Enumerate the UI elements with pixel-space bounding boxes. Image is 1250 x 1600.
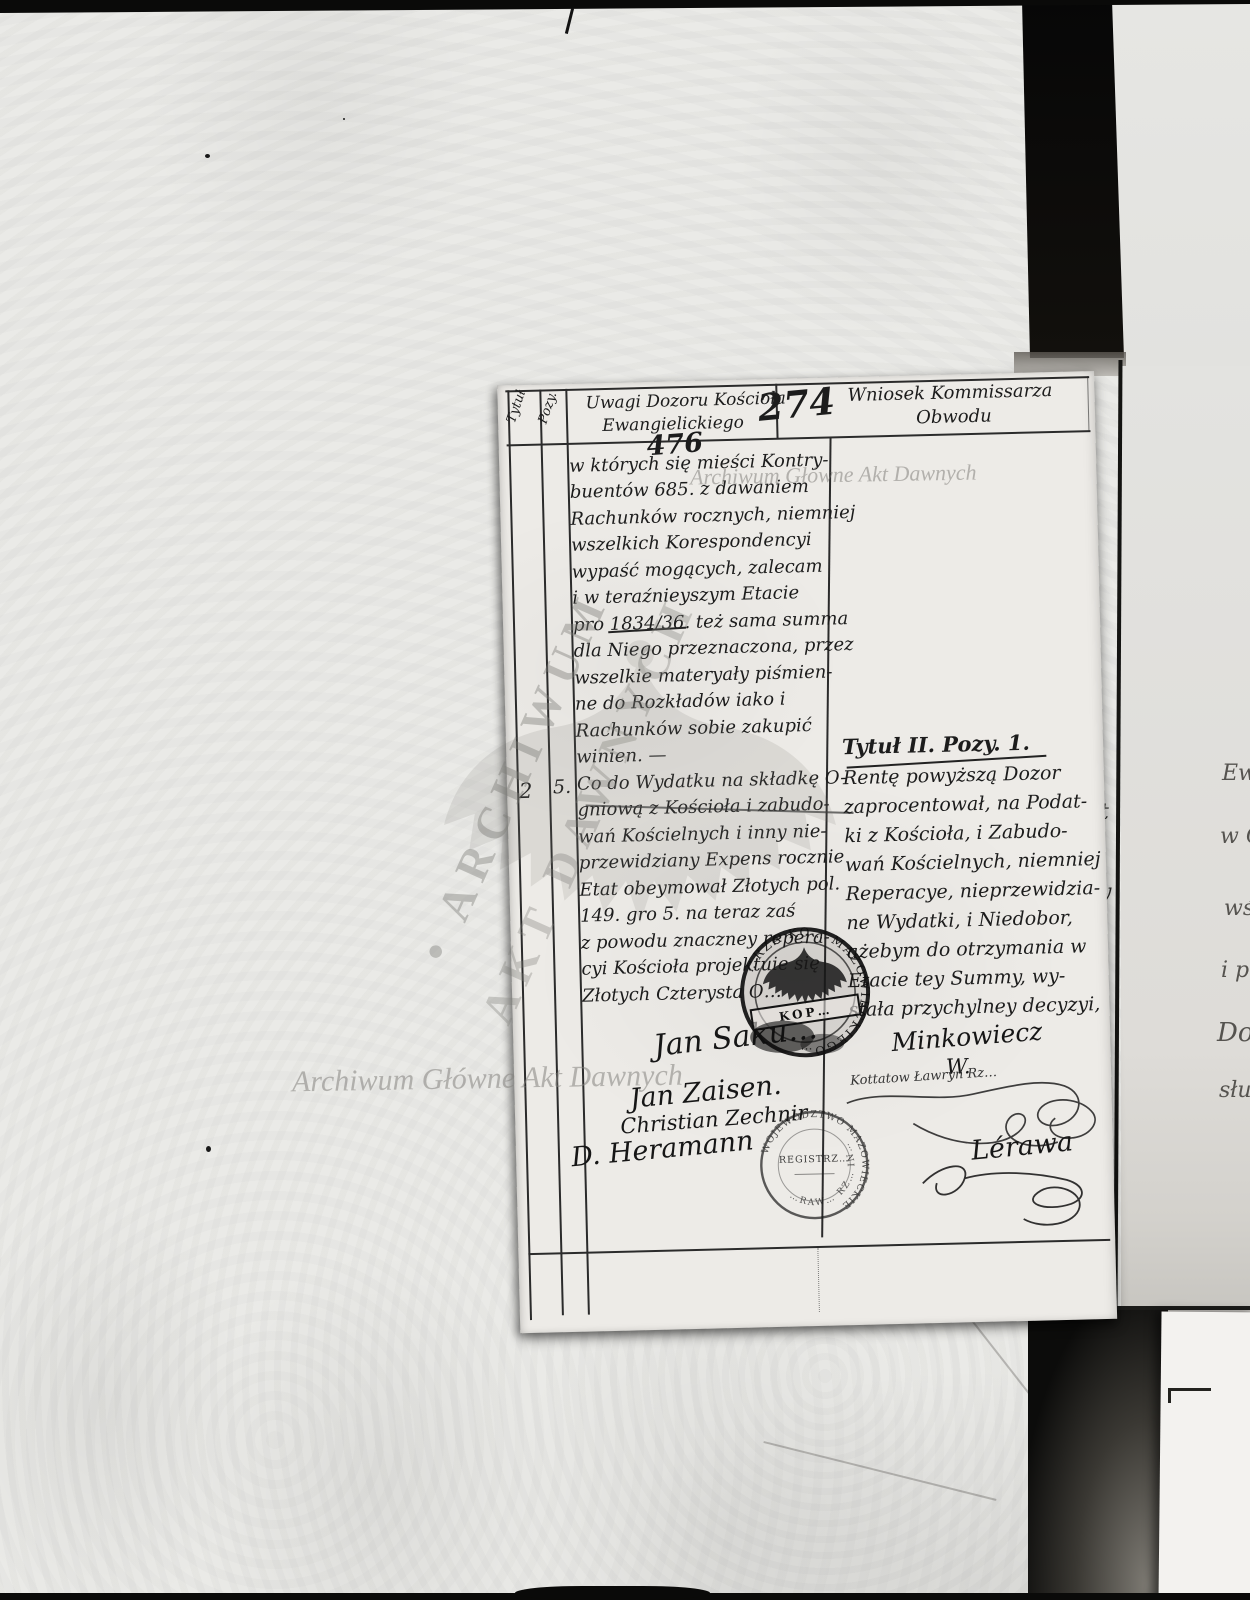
manuscript-line: Co do Wydatku na składkę O- (577, 769, 847, 794)
official-seal-upper: …RZA KO… MAZOWIECKIEGO… KOP… (723, 910, 887, 1074)
adjacent-page: Ew w C wś i p Do słu (1121, 366, 1250, 1314)
manuscript-line: wszelkie materyały piśmien- (574, 663, 833, 687)
manuscript-line: i w teraźnieyszym Etacie (572, 584, 799, 608)
manuscript-line: winien. — (576, 747, 667, 767)
archival-scan: { "colors": { "paper_backing": "#eaeae7"… (0, 0, 1250, 1600)
film-strip-notch (515, 1586, 710, 1600)
signature-flourish (916, 1149, 1098, 1233)
manuscript-line: wypaść mogących, zalecam (572, 558, 823, 582)
margin-tytul-value: 2 (519, 779, 533, 803)
adjacent-text-fragment: wś (1224, 896, 1250, 921)
manuscript-line: Reperacye, nieprzewidzia- (845, 879, 1100, 904)
manuscript-line: wań Kościelnych, niemniej (845, 850, 1101, 875)
adjacent-text-fragment: Do (1217, 1018, 1250, 1048)
manuscript-line: w których się mieści Kontry- (569, 452, 829, 476)
manuscript-line: Rachunków sobie zakupić (575, 717, 812, 741)
ink-speck (343, 118, 345, 120)
manuscript-line: buentów 685. z dawaniem (570, 478, 809, 502)
manuscript-line: zaprocentował, na Podat- (843, 792, 1087, 817)
manuscript-line: stała przychylney decyzyi, (848, 995, 1100, 1020)
manuscript-line: wań Kościelnych i inny nie- (578, 823, 827, 847)
right-column-heading: Tytuł II. Pozy. 1. (842, 733, 1030, 757)
manuscript-line: ne do Rozkładów iako i (575, 691, 786, 714)
manuscript-line: Rachunków rocznych, niemniej (570, 504, 855, 529)
pen-hook-mark (1168, 1388, 1211, 1403)
seal-inner-text: REGISTRZ… (779, 1153, 850, 1166)
manuscript-line: ki z Kościoła, i Zabudo- (844, 822, 1068, 846)
film-black-bar (1018, 0, 1124, 358)
adjacent-text-fragment: w C (1220, 824, 1250, 849)
seal-inner-rule (795, 1174, 835, 1175)
adjacent-text-fragment: słu (1219, 1078, 1250, 1103)
margin-pozy-value: 5. (553, 776, 572, 798)
manuscript-line: dla Niego przeznaczona, przez (573, 636, 853, 661)
adjacent-text-fragment: i p (1221, 958, 1249, 983)
film-black-corner (1028, 1308, 1168, 1600)
adjacent-page-top (1113, 0, 1250, 372)
manuscript-line: Rentę powyższą Dozor (843, 764, 1061, 788)
manuscript-page: Tytuł Pozy. Uwagi Dozoru Kościoła Ewangi… (497, 371, 1117, 1333)
adjacent-text-fragment: Ew (1222, 761, 1250, 786)
official-seal-lower: WOJEWÓDZTWO MAZOWIECKIE …RAW… RZ… IN… RE… (748, 1099, 881, 1232)
table-vline-tytul (539, 390, 563, 1316)
ink-speck (206, 1146, 211, 1152)
manuscript-line: Etat obeymował Złotych pol. (579, 875, 840, 899)
ink-speck (205, 154, 210, 158)
manuscript-line: wszelkich Korespondencyi (571, 531, 812, 555)
white-page-corner (1158, 1312, 1250, 1600)
manuscript-line: przewidziany Expens rocznie (579, 848, 845, 872)
